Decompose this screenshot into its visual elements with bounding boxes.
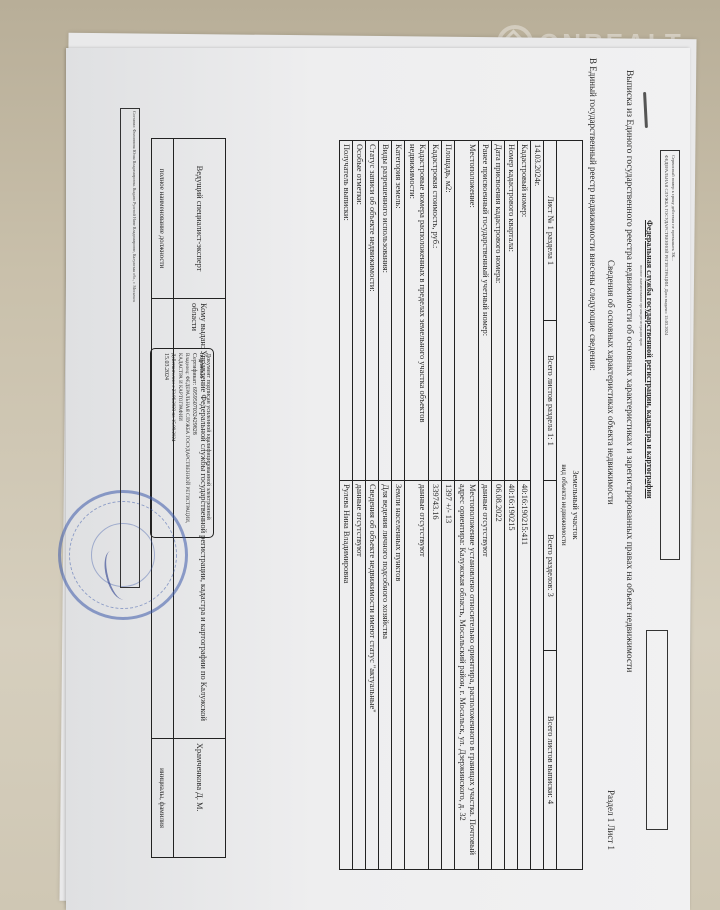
position-caption: полное наименование должности (152, 139, 174, 299)
table-row: Местоположение:Местоположение установлен… (455, 141, 479, 870)
row-label: Дата присвоения кадастрового номера: (492, 141, 505, 481)
object-type-cell: Земельный участок вид объекта недвижимос… (557, 141, 583, 870)
row-label: Кадастровые номера расположенных в преде… (405, 141, 429, 481)
egrn-extract-page: Сервисный номер к сроку действия не прев… (68, 50, 688, 910)
intro-text: В Единый государственный реестр недвижим… (588, 58, 598, 371)
table-row: Статус записи об объекте недвижимости:Св… (366, 141, 379, 870)
row-value: данные отсутствуют (353, 481, 366, 870)
row-label: Ранее присвоенный государственный учетны… (479, 141, 492, 481)
row-label: Номер кадастрового квартала: (505, 141, 518, 481)
sheets-total: Всего листов выписки: 4 (544, 651, 557, 870)
characteristics-table: Земельный участок вид объекта недвижимос… (339, 140, 583, 870)
document-title: Выписка из Единого государственного реес… (624, 70, 634, 672)
agency-name: Федеральная служба государственной регис… (645, 220, 654, 499)
document-subtitle: Сведения об основных характеристиках объ… (606, 260, 616, 505)
section-label: Раздел 1 Лист 1 (606, 790, 616, 850)
row-value: 06.08.2022 (492, 481, 505, 870)
sections-total: Всего разделов: 3 (544, 481, 557, 651)
row-label: Виды разрешенного использования: (379, 141, 392, 481)
sheets-in-section: Всего листов раздела 1: 1 (544, 321, 557, 481)
row-label: Кадастровая стоимость, руб.: (429, 141, 442, 481)
table-row: Особые отметки:данные отсутствуют (353, 141, 366, 870)
row-label: Площадь, м2: (442, 141, 455, 481)
row-label: Получатель выписки: (340, 141, 353, 481)
row-value: Сведения об объекте недвижимости имеют с… (366, 481, 379, 870)
table-row: Кадастровая стоимость, руб.:339743.16 (429, 141, 442, 870)
row-label: Кадастровый номер: (518, 141, 531, 481)
compiled-by-strip: Составил: Филиппова Юлия Владимировна. В… (120, 108, 140, 588)
table-row: Категория земель:Земли населенных пункто… (392, 141, 405, 870)
row-value: Для ведения личного подсобного хозяйства (379, 481, 392, 870)
row-value: данные отсутствуют (479, 481, 492, 870)
table-row: Виды разрешенного использования:Для веде… (379, 141, 392, 870)
row-label: Особые отметки: (353, 141, 366, 481)
header-service-box: Сервисный номер к сроку действия не прев… (660, 150, 680, 560)
header-side-box (646, 630, 668, 830)
row-label: Статус записи об объекте недвижимости: (366, 141, 379, 481)
table-row: Номер кадастрового квартала:40:16:190215 (505, 141, 518, 870)
agency-caption: полное наименование органа регистрации п… (639, 265, 644, 346)
extract-date: 14.03.2024г. (531, 141, 544, 870)
row-label: Категория земель: (392, 141, 405, 481)
row-value: Местоположение установлено относительно … (455, 481, 479, 870)
table-row: Ранее присвоенный государственный учетны… (479, 141, 492, 870)
row-value: Земли населенных пунктов (392, 481, 405, 870)
table-row: Кадастровый номер:40:16:190215:411 (518, 141, 531, 870)
header-small-line-1: Сервисный номер к сроку действия не прев… (671, 155, 676, 261)
row-value: данные отсутствуют (405, 481, 429, 870)
table-row: Площадь, м2:1397 +/- 13 (442, 141, 455, 870)
header-small-line-2: ФЕДЕРАЛЬНАЯ СЛУЖБА ГОСУДАРСТВЕННОЙ РЕГИС… (664, 155, 669, 335)
table-row: Кадастровые номера расположенных в преде… (405, 141, 429, 870)
row-value: Рулева Нина Владимировна (340, 481, 353, 870)
signer-position: Ведущий специалист-эксперт (174, 139, 226, 299)
row-label: Местоположение: (455, 141, 479, 481)
table-row: Получатель выписки:Рулева Нина Владимиро… (340, 141, 353, 870)
sheet-number: Лист № 1 раздела 1 (544, 141, 557, 321)
signer-name: Храмченкова Д. М. (174, 739, 226, 858)
row-value: 40:16:190215:411 (518, 481, 531, 870)
table-row: Дата присвоения кадастрового номера:06.0… (492, 141, 505, 870)
row-value: 1397 +/- 13 (442, 481, 455, 870)
row-value: 339743.16 (429, 481, 442, 870)
row-value: 40:16:190215 (505, 481, 518, 870)
signer-caption: инициалы, фамилия (152, 739, 174, 858)
